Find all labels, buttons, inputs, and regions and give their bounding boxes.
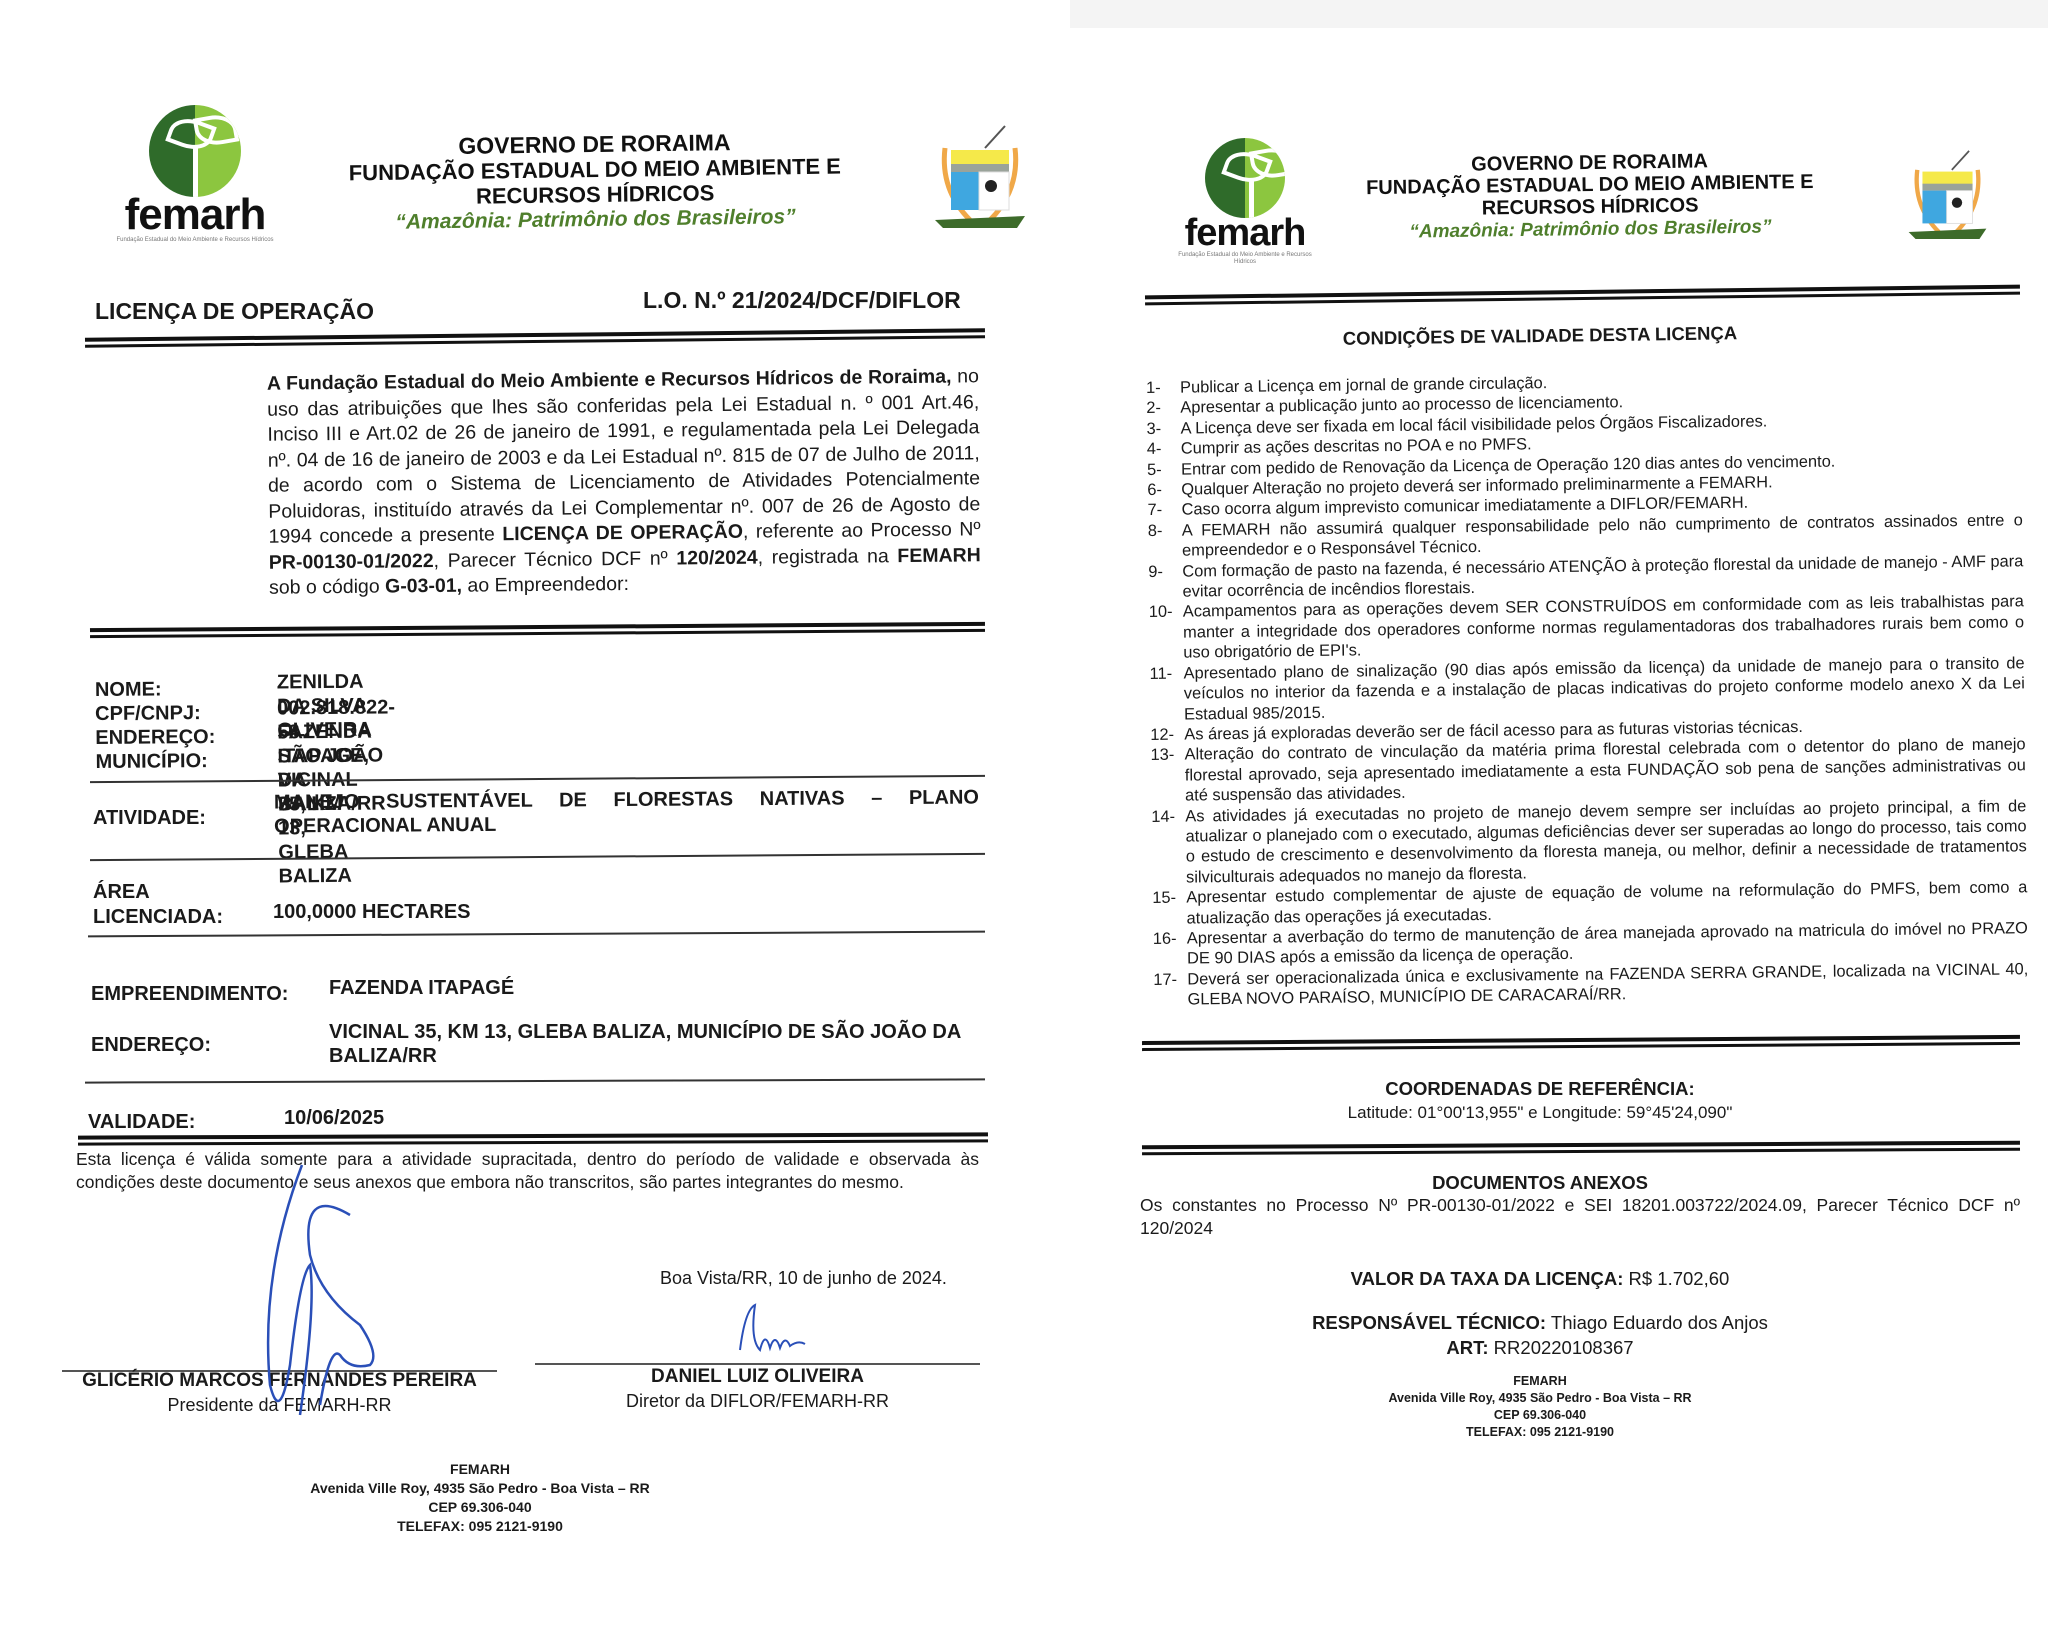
divider — [1142, 1141, 2020, 1156]
document-title: LICENÇA DE OPERAÇÃO — [95, 298, 374, 325]
condition-item: 10-Acampamentos para as operações devem … — [1149, 592, 2025, 664]
annex-text: Os constantes no Processo Nº PR-00130-01… — [1140, 1194, 2020, 1240]
activity-label: ATIVIDADE: — [93, 806, 206, 830]
femarh-logo: femarh Fundação Estadual do Meio Ambient… — [1170, 138, 1320, 266]
footer-phone: TELEFAX: 095 2121-9190 — [1330, 1424, 1750, 1441]
municipality-label: MUNICÍPIO: — [95, 749, 207, 774]
letterhead-titles: GOVERNO DE RORAIMA FUNDAÇÃO ESTADUAL DO … — [1339, 149, 1840, 246]
leaf-logo-icon — [149, 105, 241, 197]
condition-number: 15- — [1152, 888, 1186, 929]
signature-line-2 — [535, 1363, 980, 1365]
logo-subtitle: Fundação Estadual do Meio Ambiente e Rec… — [110, 237, 280, 244]
condition-number: 1- — [1146, 378, 1180, 399]
enterprise-address-value: VICINAL 35, KM 13, GLEBA BALIZA, MUNICÍP… — [329, 1020, 979, 1068]
divider — [90, 853, 985, 861]
signature-daniel-icon — [720, 1300, 820, 1360]
condition-number: 14- — [1151, 806, 1186, 888]
condition-number: 12- — [1150, 724, 1184, 745]
letterhead-titles: GOVERNO DE RORAIMA FUNDAÇÃO ESTADUAL DO … — [314, 128, 875, 237]
footer-address: FEMARH Avenida Ville Roy, 4935 São Pedro… — [1330, 1373, 1750, 1441]
signatory-1-role: Presidente da FEMARH-RR — [62, 1395, 497, 1416]
roraima-coat-of-arms-icon — [1900, 145, 1995, 250]
condition-number: 7- — [1147, 500, 1181, 521]
place-date: Boa Vista/RR, 10 de junho de 2024. — [660, 1268, 947, 1289]
condition-text: Acampamentos para as operações devem SER… — [1183, 592, 2025, 663]
coordinates-title: COORDENADAS DE REFERÊNCIA: — [1220, 1078, 1860, 1100]
condition-number: 3- — [1146, 418, 1180, 439]
signatory-2-name: DANIEL LUIZ OLIVEIRA — [535, 1366, 980, 1388]
condition-number: 13- — [1150, 745, 1185, 807]
footer-address: FEMARH Avenida Ville Roy, 4935 São Pedro… — [270, 1460, 690, 1536]
divider — [1145, 285, 2020, 306]
validity-note: Esta licença é válida somente para a ati… — [76, 1148, 979, 1194]
footer-cep: CEP 69.306-040 — [1330, 1407, 1750, 1424]
validity-value: 10/06/2025 — [284, 1106, 384, 1130]
validity-label: VALIDADE: — [88, 1110, 195, 1134]
technical-responsible: RESPONSÁVEL TÉCNICO: Thiago Eduardo dos … — [1170, 1312, 1910, 1334]
conditions-title: CONDIÇÕES DE VALIDADE DESTA LICENÇA — [1220, 321, 1860, 352]
enterprise-address-label: ENDEREÇO: — [91, 1033, 211, 1057]
condition-item: 13-Alteração do contrato de vinculação d… — [1150, 735, 2026, 807]
enterprise-value: FAZENDA ITAPAGÉ — [329, 976, 514, 1000]
intro-paragraph: A Fundação Estadual do Meio Ambiente e R… — [267, 364, 981, 601]
divider — [1142, 1035, 2020, 1051]
license-page-2: femarh Fundação Estadual do Meio Ambient… — [1070, 0, 2048, 1625]
condition-number: 6- — [1147, 480, 1181, 501]
area-label-2: LICENCIADA: — [93, 905, 223, 929]
license-fee: VALOR DA TAXA DA LICENÇA: R$ 1.702,60 — [1220, 1268, 1860, 1290]
condition-number: 5- — [1147, 459, 1181, 480]
footer-phone: TELEFAX: 095 2121-9190 — [270, 1517, 690, 1536]
license-page-1: femarh Fundação Estadual do Meio Ambient… — [0, 0, 1070, 1625]
divider — [85, 328, 985, 347]
signatory-1-name: GLICÉRIO MARCOS FERNANDES PEREIRA — [62, 1370, 497, 1392]
annex-title: DOCUMENTOS ANEXOS — [1220, 1172, 1860, 1194]
area-label: ÁREA — [93, 880, 150, 904]
divider — [78, 1132, 988, 1145]
leaf-logo-icon — [1205, 138, 1285, 218]
condition-number: 9- — [1148, 561, 1182, 602]
conditions-list: 1-Publicar a Licença em jornal de grande… — [1146, 367, 2029, 1010]
condition-number: 16- — [1153, 929, 1187, 970]
logo-wordmark: femarh — [1170, 214, 1320, 252]
art-number: ART: RR20220108367 — [1220, 1337, 1860, 1359]
address-label: ENDEREÇO: — [95, 725, 215, 750]
condition-number: 4- — [1147, 439, 1181, 460]
coordinates-value: Latitude: 01°00'13,955" e Longitude: 59°… — [1220, 1103, 1860, 1123]
footer-street: Avenida Ville Roy, 4935 São Pedro - Boa … — [1330, 1390, 1750, 1407]
condition-number: 10- — [1149, 602, 1184, 664]
license-number: L.O. N.º 21/2024/DCF/DIFLOR — [643, 287, 961, 314]
area-value: 100,0000 HECTARES — [273, 900, 471, 924]
condition-item: 11-Apresentado plano de sinalização (90 … — [1149, 653, 2025, 725]
signatory-2-role: Diretor da DIFLOR/FEMARH-RR — [535, 1391, 980, 1412]
footer-org: FEMARH — [270, 1460, 690, 1479]
logo-subtitle: Fundação Estadual do Meio Ambiente e Rec… — [1170, 252, 1320, 266]
name-label: NOME: — [95, 677, 162, 702]
divider — [90, 622, 985, 638]
condition-number: 17- — [1153, 969, 1187, 1010]
cpf-label: CPF/CNPJ: — [95, 701, 201, 726]
divider — [85, 1078, 985, 1083]
condition-text: Alteração do contrato de vinculação da m… — [1184, 735, 2026, 806]
enterprise-label: EMPREENDIMENTO: — [91, 982, 288, 1006]
condition-number: 8- — [1148, 520, 1182, 561]
condition-item: 14-As atividades já executadas no projet… — [1151, 796, 2027, 888]
logo-wordmark: femarh — [110, 193, 280, 237]
footer-org: FEMARH — [1330, 1373, 1750, 1390]
roraima-coat-of-arms-icon — [925, 120, 1035, 240]
condition-text: As atividades já executadas no projeto d… — [1185, 796, 2027, 888]
footer-street: Avenida Ville Roy, 4935 São Pedro - Boa … — [270, 1479, 690, 1498]
femarh-logo: femarh Fundação Estadual do Meio Ambient… — [110, 105, 280, 244]
divider — [90, 775, 985, 783]
divider — [88, 931, 985, 938]
footer-cep: CEP 69.306-040 — [270, 1498, 690, 1517]
scan-edge — [1070, 0, 2048, 28]
activity-value: MANEJO SUSTENTÁVEL DE FLORESTAS NATIVAS … — [274, 786, 979, 839]
condition-text: Apresentado plano de sinalização (90 dia… — [1183, 653, 2025, 724]
condition-number: 11- — [1149, 663, 1184, 725]
condition-number: 2- — [1146, 398, 1180, 419]
